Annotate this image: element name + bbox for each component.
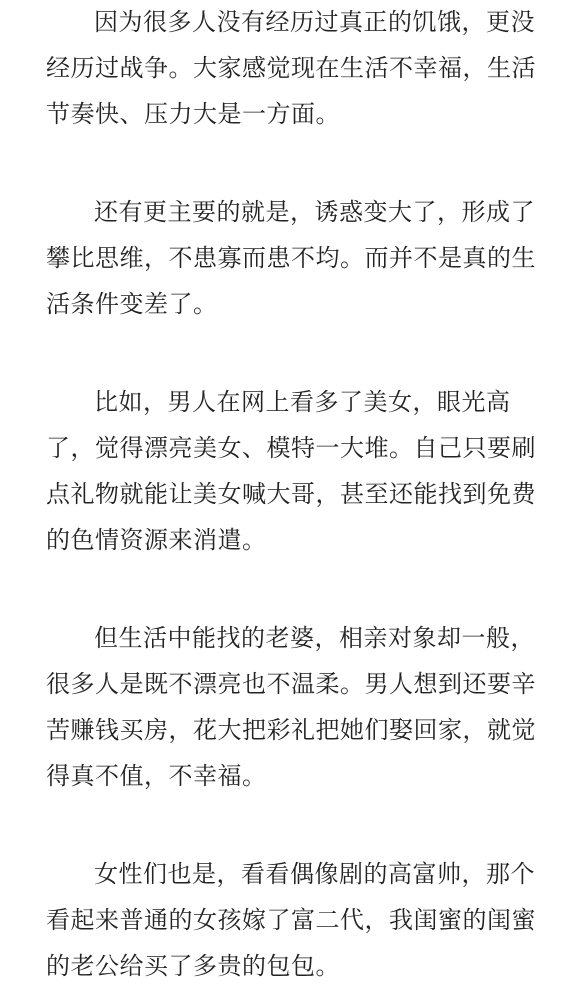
text-line: 还有更主要的就是，诱惑变大了，形成了 — [46, 190, 534, 236]
text-line: 攀比思维，不患寡而患不均。而并不是真的生 — [46, 236, 534, 282]
article-body: 因为很多人没有经历过真正的饥饿，更没 经历过战争。大家感觉现在生活不幸福，生活 … — [0, 0, 580, 990]
paragraph: 因为很多人没有经历过真正的饥饿，更没 经历过战争。大家感觉现在生活不幸福，生活 … — [46, 0, 534, 138]
text-line: 女性们也是，看看偶像剧的高富帅，那个 — [46, 852, 534, 898]
paragraph: 还有更主要的就是，诱惑变大了，形成了 攀比思维，不患寡而患不均。而并不是真的生 … — [46, 190, 534, 328]
text-line: 因为很多人没有经历过真正的饥饿，更没 — [46, 0, 534, 46]
text-line: 节奏快、压力大是一方面。 — [46, 92, 534, 138]
text-line: 苦赚钱买房，花大把彩礼把她们娶回家，就觉 — [46, 708, 534, 754]
text-line: 得真不值，不幸福。 — [46, 754, 534, 800]
text-line: 比如，男人在网上看多了美女，眼光高 — [46, 380, 534, 426]
text-line: 但生活中能找的老婆，相亲对象却一般， — [46, 616, 534, 662]
text-line: 了，觉得漂亮美女、模特一大堆。自己只要刷 — [46, 426, 534, 472]
text-line: 活条件变差了。 — [46, 282, 534, 328]
paragraph: 比如，男人在网上看多了美女，眼光高 了，觉得漂亮美女、模特一大堆。自己只要刷 点… — [46, 380, 534, 564]
text-line: 很多人是既不漂亮也不温柔。男人想到还要辛 — [46, 662, 534, 708]
text-line: 的色情资源来消遣。 — [46, 518, 534, 564]
paragraph: 但生活中能找的老婆，相亲对象却一般， 很多人是既不漂亮也不温柔。男人想到还要辛 … — [46, 616, 534, 800]
text-line: 看起来普通的女孩嫁了富二代，我闺蜜的闺蜜 — [46, 898, 534, 944]
paragraph: 女性们也是，看看偶像剧的高富帅，那个 看起来普通的女孩嫁了富二代，我闺蜜的闺蜜 … — [46, 852, 534, 990]
text-line: 的老公给买了多贵的包包。 — [46, 944, 534, 990]
text-line: 经历过战争。大家感觉现在生活不幸福，生活 — [46, 46, 534, 92]
text-line: 点礼物就能让美女喊大哥，甚至还能找到免费 — [46, 472, 534, 518]
